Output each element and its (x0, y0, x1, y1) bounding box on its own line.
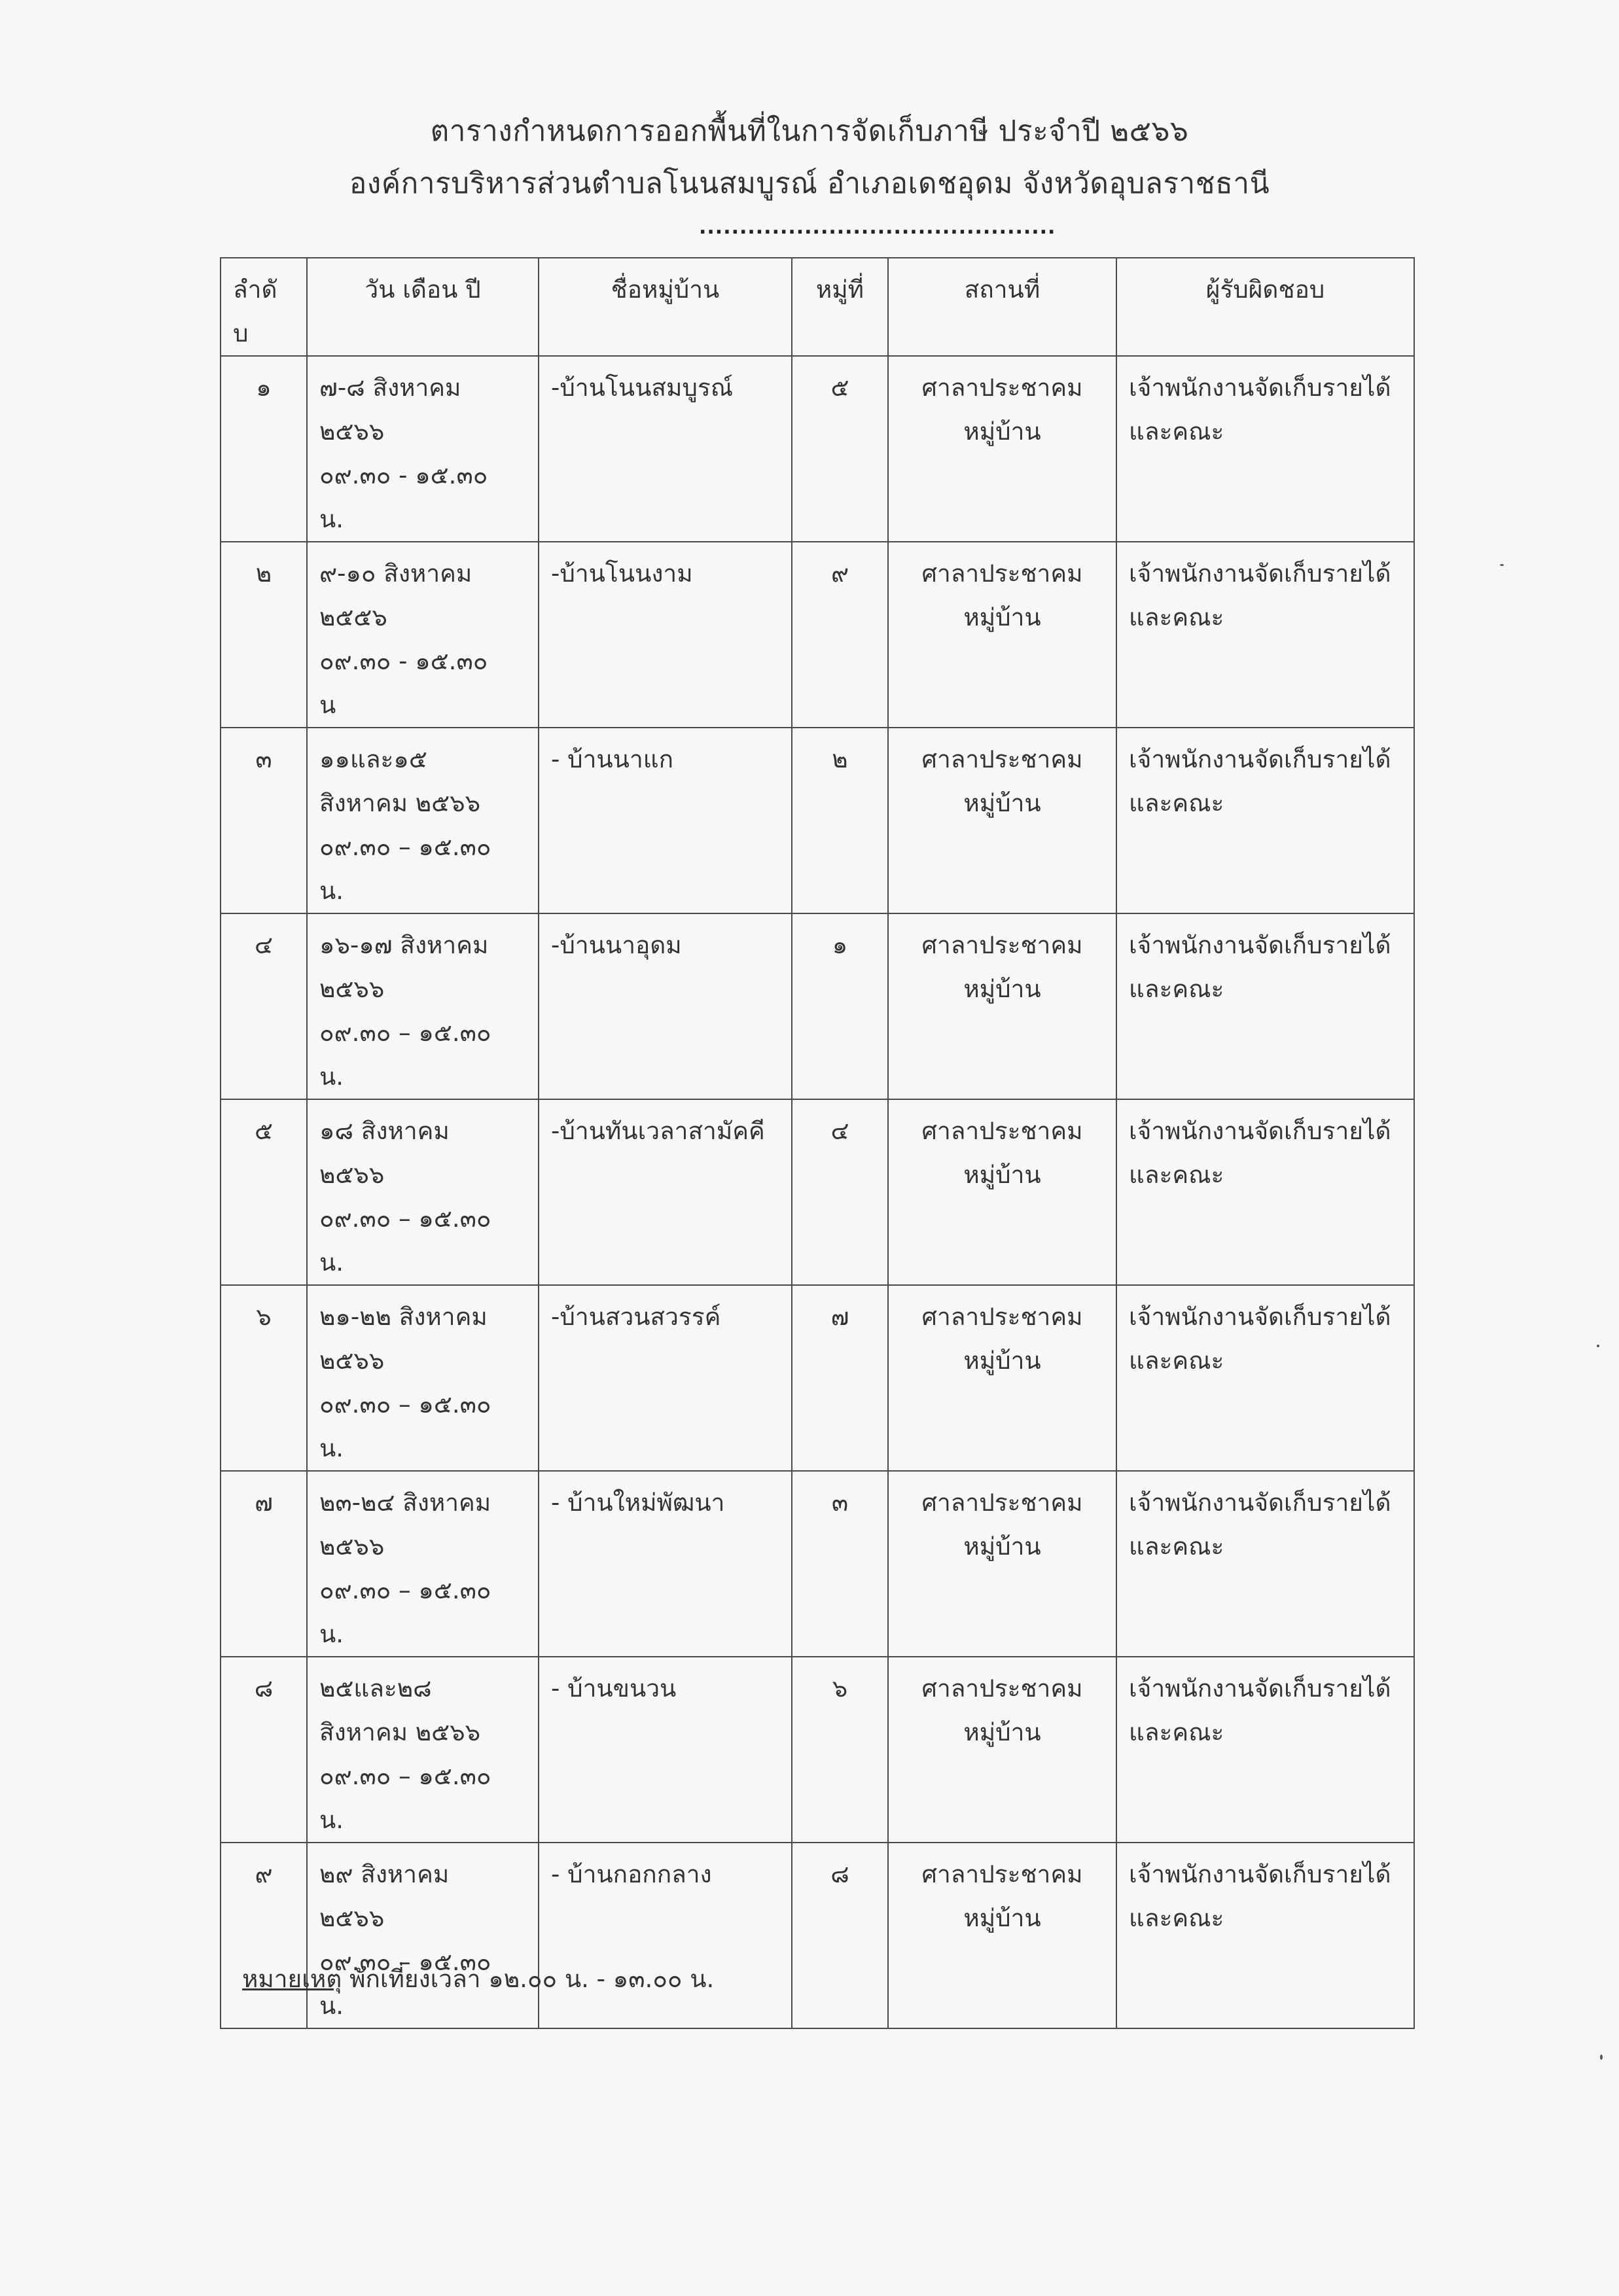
date-line: ๑๖-๑๗ สิงหาคม (319, 923, 526, 967)
location-line: ศาลาประชาคม (900, 1852, 1104, 1896)
table-row: ๕๑๘ สิงหาคม๒๕๖๖๐๙.๓๐ – ๑๕.๓๐น.-บ้านทันเว… (221, 1099, 1414, 1285)
cell-date: ๑๖-๑๗ สิงหาคม๒๕๖๖๐๙.๓๐ – ๑๕.๓๐น. (307, 913, 539, 1099)
date-line: น. (319, 1241, 526, 1284)
date-line: น. (319, 1798, 526, 1842)
cell-responsible: เจ้าพนักงานจัดเก็บรายได้และคณะ (1116, 356, 1414, 542)
cell-location: ศาลาประชาคมหมู่บ้าน (888, 728, 1116, 913)
table-row: ๓๑๑และ๑๕สิงหาคม ๒๕๖๖๐๙.๓๐ – ๑๕.๓๐น.- บ้า… (221, 728, 1414, 913)
cell-village-name: -บ้านโนนงาม (539, 542, 792, 728)
cell-date: ๑๑และ๑๕สิงหาคม ๒๕๖๖๐๙.๓๐ – ๑๕.๓๐น. (307, 728, 539, 913)
location-line: หมู่บ้าน (900, 967, 1104, 1011)
date-line: ๑๘ สิงหาคม (319, 1109, 526, 1153)
responsible-line: เจ้าพนักงานจัดเก็บรายได้ (1129, 737, 1402, 781)
location-line: หมู่บ้าน (900, 1339, 1104, 1383)
cell-village-name: -บ้านนาอุดม (539, 913, 792, 1099)
responsible-line: และคณะ (1129, 1339, 1402, 1383)
location-line: หมู่บ้าน (900, 1153, 1104, 1197)
responsible-line: เจ้าพนักงานจัดเก็บรายได้ (1129, 923, 1402, 967)
date-line: ๐๙.๓๐ – ๑๕.๓๐ (319, 1011, 526, 1055)
cell-location: ศาลาประชาคมหมู่บ้าน (888, 1285, 1116, 1471)
header-moo-number: หมู่ที่ (792, 258, 888, 356)
responsible-line: และคณะ (1129, 1896, 1402, 1940)
header-date: วัน เดือน ปี (307, 258, 539, 356)
schedule-table: ลำดั บ วัน เดือน ปี ชื่อหมู่บ้าน หมู่ที่… (220, 257, 1415, 2029)
date-line: น. (319, 497, 526, 541)
footnote: หมายเหตุ พักเที่ยงเวลา ๑๒.๐๐ น. - ๑๓.๐๐ … (242, 1960, 714, 1999)
cell-location: ศาลาประชาคมหมู่บ้าน (888, 542, 1116, 728)
location-line: หมู่บ้าน (900, 595, 1104, 639)
date-line: น (319, 683, 526, 727)
location-line: ศาลาประชาคม (900, 737, 1104, 781)
location-line: ศาลาประชาคม (900, 1109, 1104, 1153)
cell-village-name: -บ้านโนนสมบูรณ์ (539, 356, 792, 542)
responsible-line: และคณะ (1129, 1153, 1402, 1197)
cell-moo-number: ๖ (792, 1657, 888, 1843)
table-row: ๖ ๒๑-๒๒ สิงหาคม๒๕๖๖๐๙.๓๐ – ๑๕.๓๐น.-บ้านส… (221, 1285, 1414, 1471)
date-line: ๐๙.๓๐ – ๑๕.๓๐ (319, 825, 526, 869)
cell-responsible: เจ้าพนักงานจัดเก็บรายได้และคณะ (1116, 1285, 1414, 1471)
cell-date: ๒๕และ๒๘สิงหาคม ๒๕๖๖๐๙.๓๐ – ๑๕.๓๐น. (307, 1657, 539, 1843)
location-line: หมู่บ้าน (900, 1710, 1104, 1754)
date-line: น. (319, 1612, 526, 1656)
cell-responsible: เจ้าพนักงานจัดเก็บรายได้และคณะ (1116, 913, 1414, 1099)
cell-sequence-number: ๔ (221, 913, 307, 1099)
date-line: ๑๑และ๑๕ (319, 737, 526, 781)
responsible-line: เจ้าพนักงานจัดเก็บรายได้ (1129, 1852, 1402, 1896)
cell-location: ศาลาประชาคมหมู่บ้าน (888, 356, 1116, 542)
location-line: หมู่บ้าน (900, 1525, 1104, 1568)
date-line: ๒๕๕๖ (319, 595, 526, 639)
header-responsible: ผู้รับผิดชอบ (1116, 258, 1414, 356)
responsible-line: และคณะ (1129, 1525, 1402, 1568)
table-row: ๗๒๓-๒๔ สิงหาคม๒๕๖๖๐๙.๓๐ – ๑๕.๓๐น.- บ้านใ… (221, 1471, 1414, 1657)
cell-responsible: เจ้าพนักงานจัดเก็บรายได้และคณะ (1116, 1657, 1414, 1843)
cell-village-name: - บ้านนาแก (539, 728, 792, 913)
responsible-line: และคณะ (1129, 410, 1402, 453)
cell-date: ๙-๑๐ สิงหาคม๒๕๕๖๐๙.๓๐ - ๑๕.๓๐น (307, 542, 539, 728)
responsible-line: และคณะ (1129, 595, 1402, 639)
date-line: น. (319, 1055, 526, 1099)
header-sequence-line: บ (233, 311, 294, 355)
date-line: ๒๑-๒๒ สิงหาคม (319, 1295, 526, 1339)
date-line: ๐๙.๓๐ – ๑๕.๓๐ (319, 1568, 526, 1612)
date-line: ๒๕๖๖ (319, 967, 526, 1011)
header-sequence-number: ลำดั บ (221, 258, 307, 356)
cell-date: ๒๙ สิงหาคม๒๕๖๖๐๙.๓๐ – ๑๕.๓๐น. (307, 1843, 539, 2028)
scan-speck (1597, 1345, 1599, 1347)
cell-responsible: เจ้าพนักงานจัดเก็บรายได้และคณะ (1116, 1843, 1414, 2028)
location-line: ศาลาประชาคม (900, 1295, 1104, 1339)
date-line: ๒๕๖๖ (319, 1339, 526, 1383)
document-subtitle-organization: องค์การบริหารส่วนตำบลโนนสมบูรณ์ อำเภอเดช… (0, 160, 1619, 206)
location-line: ศาลาประชาคม (900, 366, 1104, 410)
cell-responsible: เจ้าพนักงานจัดเก็บรายได้และคณะ (1116, 728, 1414, 913)
location-line: หมู่บ้าน (900, 1896, 1104, 1940)
date-line: น. (319, 1426, 526, 1470)
cell-responsible: เจ้าพนักงานจัดเก็บรายได้และคณะ (1116, 1099, 1414, 1285)
cell-location: ศาลาประชาคมหมู่บ้าน (888, 913, 1116, 1099)
cell-sequence-number: ๒ (221, 542, 307, 728)
responsible-line: เจ้าพนักงานจัดเก็บรายได้ (1129, 1481, 1402, 1525)
table-row: ๒๙-๑๐ สิงหาคม๒๕๕๖๐๙.๓๐ - ๑๕.๓๐น-บ้านโนนง… (221, 542, 1414, 728)
cell-sequence-number: ๙ (221, 1843, 307, 2028)
table-row: ๙๒๙ สิงหาคม๒๕๖๖๐๙.๓๐ – ๑๕.๓๐น.- บ้านกอกก… (221, 1843, 1414, 2028)
cell-village-name: -บ้านสวนสวรรค์ (539, 1285, 792, 1471)
cell-location: ศาลาประชาคมหมู่บ้าน (888, 1657, 1116, 1843)
location-line: ศาลาประชาคม (900, 1667, 1104, 1710)
date-line: สิงหาคม ๒๕๖๖ (319, 1710, 526, 1754)
cell-date: ๒๑-๒๒ สิงหาคม๒๕๖๖๐๙.๓๐ – ๑๕.๓๐น. (307, 1285, 539, 1471)
location-line: ศาลาประชาคม (900, 923, 1104, 967)
scan-speck (1600, 2055, 1603, 2060)
responsible-line: เจ้าพนักงานจัดเก็บรายได้ (1129, 1295, 1402, 1339)
responsible-line: เจ้าพนักงานจัดเก็บรายได้ (1129, 552, 1402, 595)
responsible-line: เจ้าพนักงานจัดเก็บรายได้ (1129, 366, 1402, 410)
table-row: ๘๒๕และ๒๘สิงหาคม ๒๕๖๖๐๙.๓๐ – ๑๕.๓๐น.- บ้า… (221, 1657, 1414, 1843)
cell-sequence-number: ๑ (221, 356, 307, 542)
footnote-label: หมายเหตุ (242, 1965, 342, 1993)
date-line: ๙-๑๐ สิงหาคม (319, 552, 526, 595)
date-line: ๒๕๖๖ (319, 410, 526, 453)
header-village-name: ชื่อหมู่บ้าน (539, 258, 792, 356)
cell-moo-number: ๓ (792, 1471, 888, 1657)
cell-sequence-number: ๗ (221, 1471, 307, 1657)
cell-location: ศาลาประชาคมหมู่บ้าน (888, 1099, 1116, 1285)
date-line: ๐๙.๓๐ - ๑๕.๓๐ (319, 453, 526, 497)
cell-moo-number: ๕ (792, 356, 888, 542)
cell-village-name: -บ้านทันเวลาสามัคคี (539, 1099, 792, 1285)
cell-village-name: - บ้านขนวน (539, 1657, 792, 1843)
scan-speck (1500, 564, 1504, 566)
cell-date: ๗-๘ สิงหาคม๒๕๖๖๐๙.๓๐ - ๑๕.๓๐น. (307, 356, 539, 542)
cell-sequence-number: ๓ (221, 728, 307, 913)
cell-date: ๒๓-๒๔ สิงหาคม๒๕๖๖๐๙.๓๐ – ๑๕.๓๐น. (307, 1471, 539, 1657)
cell-moo-number: ๘ (792, 1843, 888, 2028)
date-line: ๒๕และ๒๘ (319, 1667, 526, 1710)
table-header-row: ลำดั บ วัน เดือน ปี ชื่อหมู่บ้าน หมู่ที่… (221, 258, 1414, 356)
date-line: ๒๕๖๖ (319, 1525, 526, 1568)
header-sequence-line: ลำดั (233, 268, 294, 311)
cell-moo-number: ๑ (792, 913, 888, 1099)
location-line: หมู่บ้าน (900, 410, 1104, 453)
cell-moo-number: ๔ (792, 1099, 888, 1285)
date-line: ๐๙.๓๐ - ๑๕.๓๐ (319, 639, 526, 683)
cell-location: ศาลาประชาคมหมู่บ้าน (888, 1843, 1116, 2028)
cell-moo-number: ๗ (792, 1285, 888, 1471)
date-line: ๒๕๖๖ (319, 1153, 526, 1197)
cell-village-name: - บ้านกอกกลาง (539, 1843, 792, 2028)
cell-sequence-number: ๕ (221, 1099, 307, 1285)
date-line: ๒๓-๒๔ สิงหาคม (319, 1481, 526, 1525)
cell-date: ๑๘ สิงหาคม๒๕๖๖๐๙.๓๐ – ๑๕.๓๐น. (307, 1099, 539, 1285)
table-row: ๔๑๖-๑๗ สิงหาคม๒๕๖๖๐๙.๓๐ – ๑๕.๓๐น.-บ้านนา… (221, 913, 1414, 1099)
date-line: ๗-๘ สิงหาคม (319, 366, 526, 410)
responsible-line: และคณะ (1129, 781, 1402, 825)
location-line: ศาลาประชาคม (900, 1481, 1104, 1525)
date-line: ๐๙.๓๐ – ๑๕.๓๐ (319, 1383, 526, 1426)
document-title: ตารางกำหนดการออกพื้นที่ในการจัดเก็บภาษี … (0, 108, 1619, 154)
cell-location: ศาลาประชาคมหมู่บ้าน (888, 1471, 1116, 1657)
responsible-line: และคณะ (1129, 1710, 1402, 1754)
location-line: ศาลาประชาคม (900, 552, 1104, 595)
date-line: ๒๕๖๖ (319, 1896, 526, 1940)
cell-responsible: เจ้าพนักงานจัดเก็บรายได้และคณะ (1116, 542, 1414, 728)
table-row: ๑๗-๘ สิงหาคม๒๕๖๖๐๙.๓๐ - ๑๕.๓๐น.-บ้านโนนส… (221, 356, 1414, 542)
date-line: น. (319, 869, 526, 913)
date-line: สิงหาคม ๒๕๖๖ (319, 781, 526, 825)
responsible-line: เจ้าพนักงานจัดเก็บรายได้ (1129, 1667, 1402, 1710)
responsible-line: เจ้าพนักงานจัดเก็บรายได้ (1129, 1109, 1402, 1153)
location-line: หมู่บ้าน (900, 781, 1104, 825)
cell-sequence-number: ๘ (221, 1657, 307, 1843)
date-line: ๐๙.๓๐ – ๑๕.๓๐ (319, 1197, 526, 1241)
cell-responsible: เจ้าพนักงานจัดเก็บรายได้และคณะ (1116, 1471, 1414, 1657)
date-line: ๐๙.๓๐ – ๑๕.๓๐ (319, 1754, 526, 1798)
header-location: สถานที่ (888, 258, 1116, 356)
date-line: ๒๙ สิงหาคม (319, 1852, 526, 1896)
responsible-line: และคณะ (1129, 967, 1402, 1011)
cell-moo-number: ๒ (792, 728, 888, 913)
cell-moo-number: ๙ (792, 542, 888, 728)
cell-village-name: - บ้านใหม่พัฒนา (539, 1471, 792, 1657)
dotted-separator: ........................................… (699, 216, 1078, 239)
cell-sequence-number: ๖ (221, 1285, 307, 1471)
footnote-text: พักเที่ยงเวลา ๑๒.๐๐ น. - ๑๓.๐๐ น. (342, 1965, 714, 1993)
